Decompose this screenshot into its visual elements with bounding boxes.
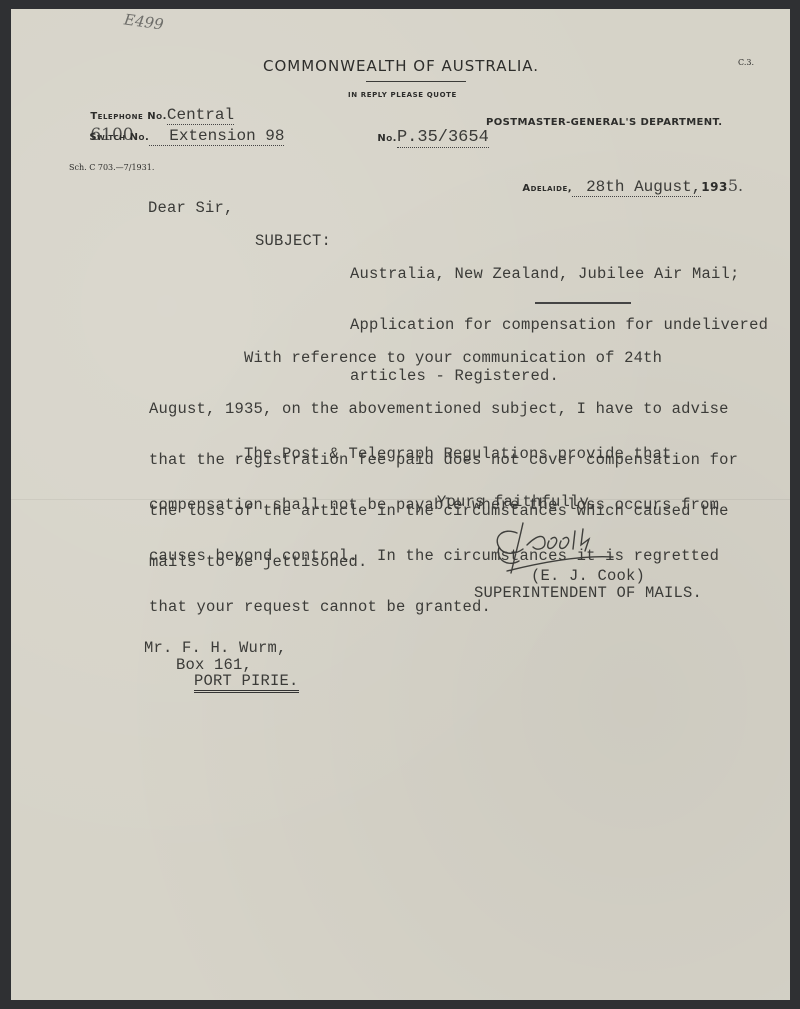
paragraph-line: With reference to your communication of …: [149, 350, 779, 367]
reply-no-label: No.: [377, 133, 397, 144]
switch-value: Extension 98: [149, 127, 284, 146]
recipient-town: PORT PIRIE.: [194, 672, 299, 693]
archive-mark: E499: [123, 10, 165, 33]
subject-rule: [535, 302, 631, 304]
reply-number-row: No.P.35/3654: [357, 107, 489, 167]
year-prefix: 193: [701, 180, 728, 194]
paragraph-line: causes beyond control. In the circumstan…: [149, 548, 779, 565]
title-rule: [366, 81, 466, 82]
subject-line: Australia, New Zealand, Jubilee Air Mail…: [350, 266, 768, 283]
schedule-code: Sch. C 703.—7/1931.: [69, 163, 154, 172]
letterhead-title: COMMONWEALTH OF AUSTRALIA.: [263, 57, 539, 75]
year-suffix: 5.: [728, 176, 743, 195]
date-value: 28th August,: [572, 178, 701, 197]
date-row: Adelaide,28th August,1935.: [502, 157, 743, 216]
department: POSTMASTER-GENERAL'S DEPARTMENT.: [486, 117, 722, 128]
recipient-name: Mr. F. H. Wurm,: [144, 639, 287, 657]
reply-label: IN REPLY PLEASE QUOTE: [348, 91, 457, 99]
subject-label: SUBJECT:: [255, 232, 331, 250]
closing: Yours faithfully,: [437, 493, 599, 511]
reply-no-value: P.35/3654: [397, 128, 489, 148]
place-label: Adelaide,: [522, 183, 572, 194]
paragraph-line: The Post & Telegraph Regulations provide…: [149, 446, 779, 463]
letter-page: E499 COMMONWEALTH OF AUSTRALIA. C.3. Tel…: [11, 9, 790, 1000]
switch-label: Switch No.: [89, 132, 149, 143]
paragraph-2: The Post & Telegraph Regulations provide…: [149, 412, 779, 650]
signatory-title: SUPERINTENDENT OF MAILS.: [474, 584, 702, 602]
salutation: Dear Sir,: [148, 199, 234, 217]
switch-row: Switch No.Extension 98: [69, 106, 284, 165]
form-code: C.3.: [738, 58, 754, 67]
signatory-name: (E. J. Cook): [531, 567, 645, 585]
